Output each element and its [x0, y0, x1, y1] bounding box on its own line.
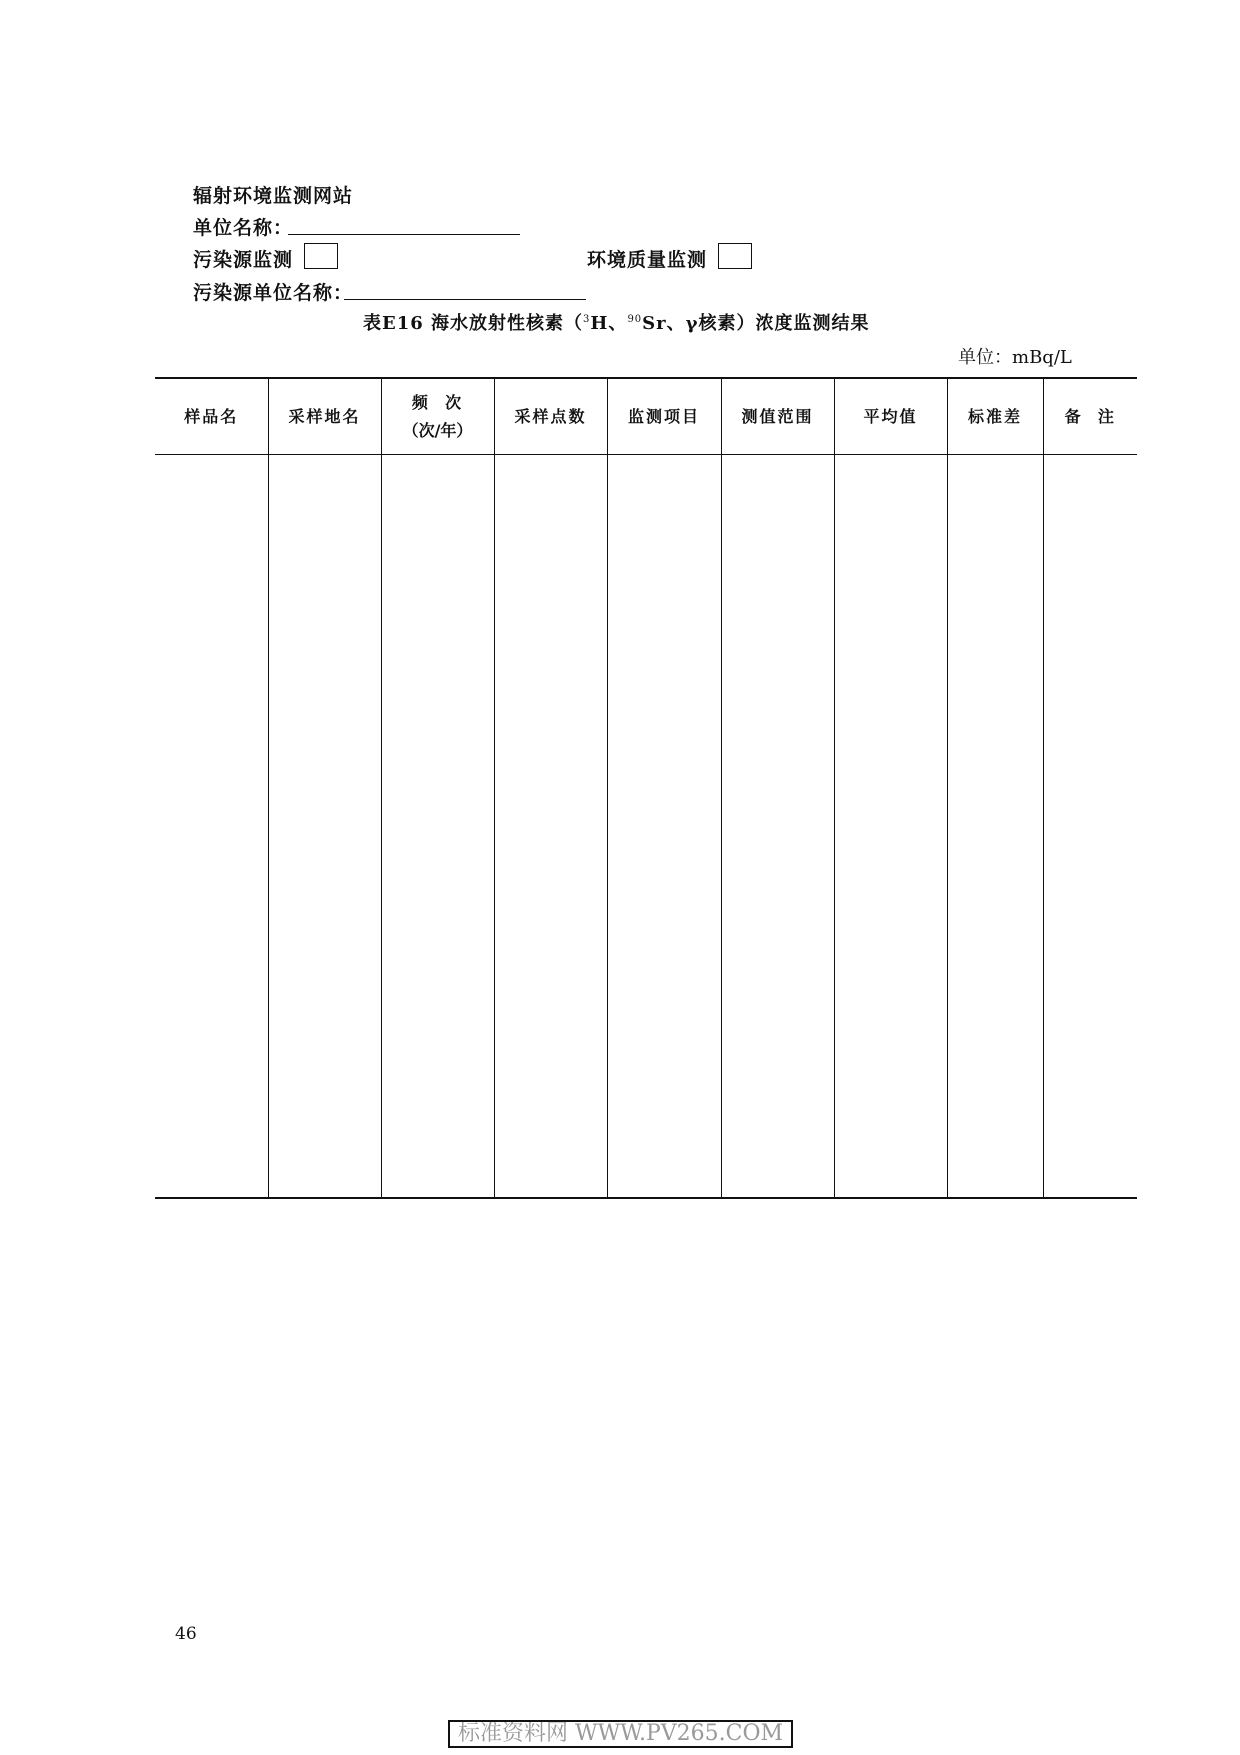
title-prefix: 表E16 海水放射性核素（ [363, 313, 583, 334]
col-frequency: 频 次 （次/年） [381, 378, 494, 455]
pollution-source-label: 污染源监测 [193, 245, 293, 272]
monitoring-results-table: 样品名 采样地名 频 次 （次/年） 采样点数 监测项目 测值范围 平均值 标准… [155, 377, 1137, 1199]
env-quality-checkbox[interactable] [718, 243, 752, 269]
station-name: 辐射环境监测网站 [193, 181, 353, 208]
col-frequency-label: 频 次 [382, 389, 494, 417]
source-unit-name-label: 污染源单位名称： [193, 278, 353, 305]
cell-sample-name[interactable] [155, 455, 268, 1199]
source-unit-name-field[interactable] [344, 299, 586, 300]
cell-sampling-location[interactable] [268, 455, 381, 1199]
title-part-2: H、 [590, 313, 627, 334]
col-sampling-points: 采样点数 [494, 378, 607, 455]
col-frequency-sub: （次/年） [382, 417, 494, 445]
unit-name-label: 单位名称： [193, 213, 293, 240]
cell-remarks[interactable] [1043, 455, 1137, 1199]
env-quality-label: 环境质量监测 [587, 245, 707, 272]
pollution-source-checkbox[interactable] [304, 243, 338, 269]
col-remarks: 备 注 [1043, 378, 1137, 455]
table-header-row: 样品名 采样地名 频 次 （次/年） 采样点数 监测项目 测值范围 平均值 标准… [155, 378, 1137, 455]
page-number: 46 [175, 1624, 197, 1644]
cell-frequency[interactable] [381, 455, 494, 1199]
col-average: 平均值 [834, 378, 947, 455]
cell-average[interactable] [834, 455, 947, 1199]
table-title: 表E16 海水放射性核素（3H、90Sr、γ核素）浓度监测结果 [363, 309, 870, 335]
cell-sampling-points[interactable] [494, 455, 607, 1199]
col-std-dev: 标准差 [947, 378, 1043, 455]
col-measured-range: 测值范围 [721, 378, 834, 455]
col-sample-name: 样品名 [155, 378, 268, 455]
title-sup-2: 90 [627, 314, 642, 325]
cell-std-dev[interactable] [947, 455, 1043, 1199]
unit-name-field[interactable] [288, 234, 520, 235]
cell-monitoring-item[interactable] [607, 455, 721, 1199]
unit-label: 单位：mBq/L [958, 343, 1072, 369]
cell-measured-range[interactable] [721, 455, 834, 1199]
table-row [155, 455, 1137, 1199]
watermark: 标准资料网 WWW.PV265.COM [448, 1720, 793, 1748]
col-monitoring-item: 监测项目 [607, 378, 721, 455]
title-part-3: Sr、γ核素）浓度监测结果 [642, 313, 869, 334]
col-sampling-location: 采样地名 [268, 378, 381, 455]
